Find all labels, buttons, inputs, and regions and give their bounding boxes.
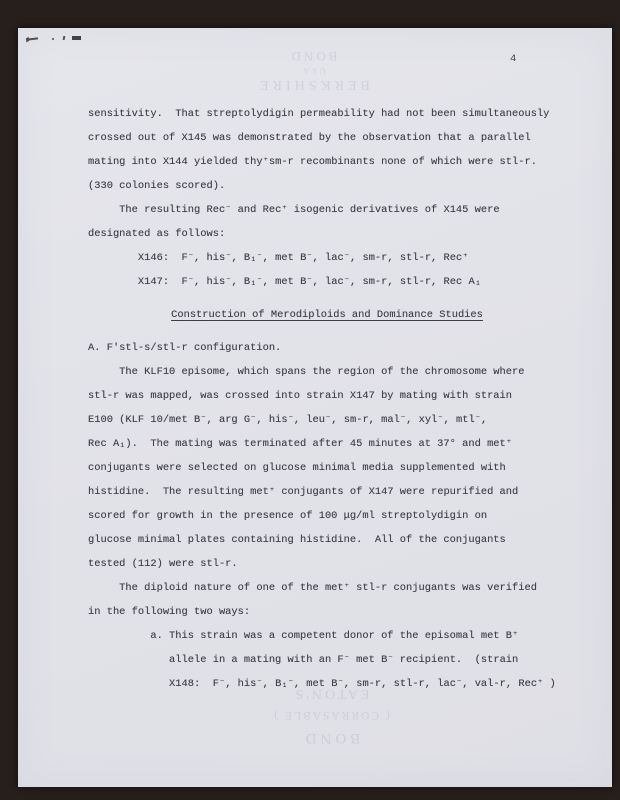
pencil-marks (26, 34, 86, 46)
text-line: X146: F⁻, his⁻, B₁⁻, met B⁻, lac⁻, sm-r,… (88, 246, 566, 270)
watermark-text: ( CORRASABLE ) (226, 702, 436, 728)
text-line: X147: F⁻, his⁻, B₁⁻, met B⁻, lac⁻, sm-r,… (88, 270, 566, 294)
scanner-background: BERKSHIRE USA BOND BOND ( CORRASABLE ) E… (0, 0, 620, 800)
paper: BERKSHIRE USA BOND BOND ( CORRASABLE ) E… (18, 28, 612, 787)
text-line: A. F'stl-s/stl-r configuration. (88, 336, 566, 360)
text-line: stl-r was mapped, was crossed into strai… (88, 384, 566, 408)
text-line: The KLF10 episome, which spans the regio… (88, 360, 566, 384)
text-line: a. This strain was a competent donor of … (88, 624, 566, 648)
text-line: X148: F⁻, his⁻, B₁⁻, met B⁻, sm-r, stl-r… (88, 672, 566, 696)
pencil-mark (72, 36, 81, 40)
text-line: allele in a mating with an F⁻ met B⁻ rec… (88, 648, 566, 672)
text-line: tested (112) were stl-r. (88, 552, 566, 576)
text-line: The diploid nature of one of the met⁺ st… (88, 576, 566, 600)
text-line: designated as follows: (88, 222, 566, 246)
pencil-mark (63, 36, 66, 40)
text-line: glucose minimal plates containing histid… (88, 528, 566, 552)
text-line: mating into X144 yielded thy⁺sm-r recomb… (88, 150, 566, 174)
section-heading-text: Construction of Merodiploids and Dominan… (171, 309, 483, 321)
text-line: conjugants were selected on glucose mini… (88, 456, 566, 480)
watermark-top: BERKSHIRE USA BOND (223, 48, 403, 93)
pencil-mark (27, 37, 38, 40)
text-line: (330 colonies scored). (88, 174, 566, 198)
page-number: 4 (510, 53, 516, 65)
text-line: Rec A₁). The mating was terminated after… (88, 432, 566, 456)
watermark-text: BOND (226, 728, 436, 748)
watermark-text: BOND (223, 48, 403, 65)
text-line: histidine. The resulting met⁺ conjugants… (88, 480, 566, 504)
text-line: in the following two ways: (88, 600, 566, 624)
watermark-text: USA (223, 65, 403, 76)
text-line: sensitivity. That streptolydigin permeab… (88, 102, 566, 126)
watermark-text: BERKSHIRE (223, 76, 403, 93)
text-line: crossed out of X145 was demonstrated by … (88, 126, 566, 150)
text-line: The resulting Rec⁻ and Rec⁺ isogenic der… (88, 198, 566, 222)
pencil-mark (52, 38, 54, 40)
section-heading: Construction of Merodiploids and Dominan… (88, 303, 566, 327)
text-line: scored for growth in the presence of 100… (88, 504, 566, 528)
body-text: sensitivity. That streptolydigin permeab… (88, 102, 566, 696)
text-line: E100 (KLF 10/met B⁻, arg G⁻, his⁻, leu⁻,… (88, 408, 566, 432)
